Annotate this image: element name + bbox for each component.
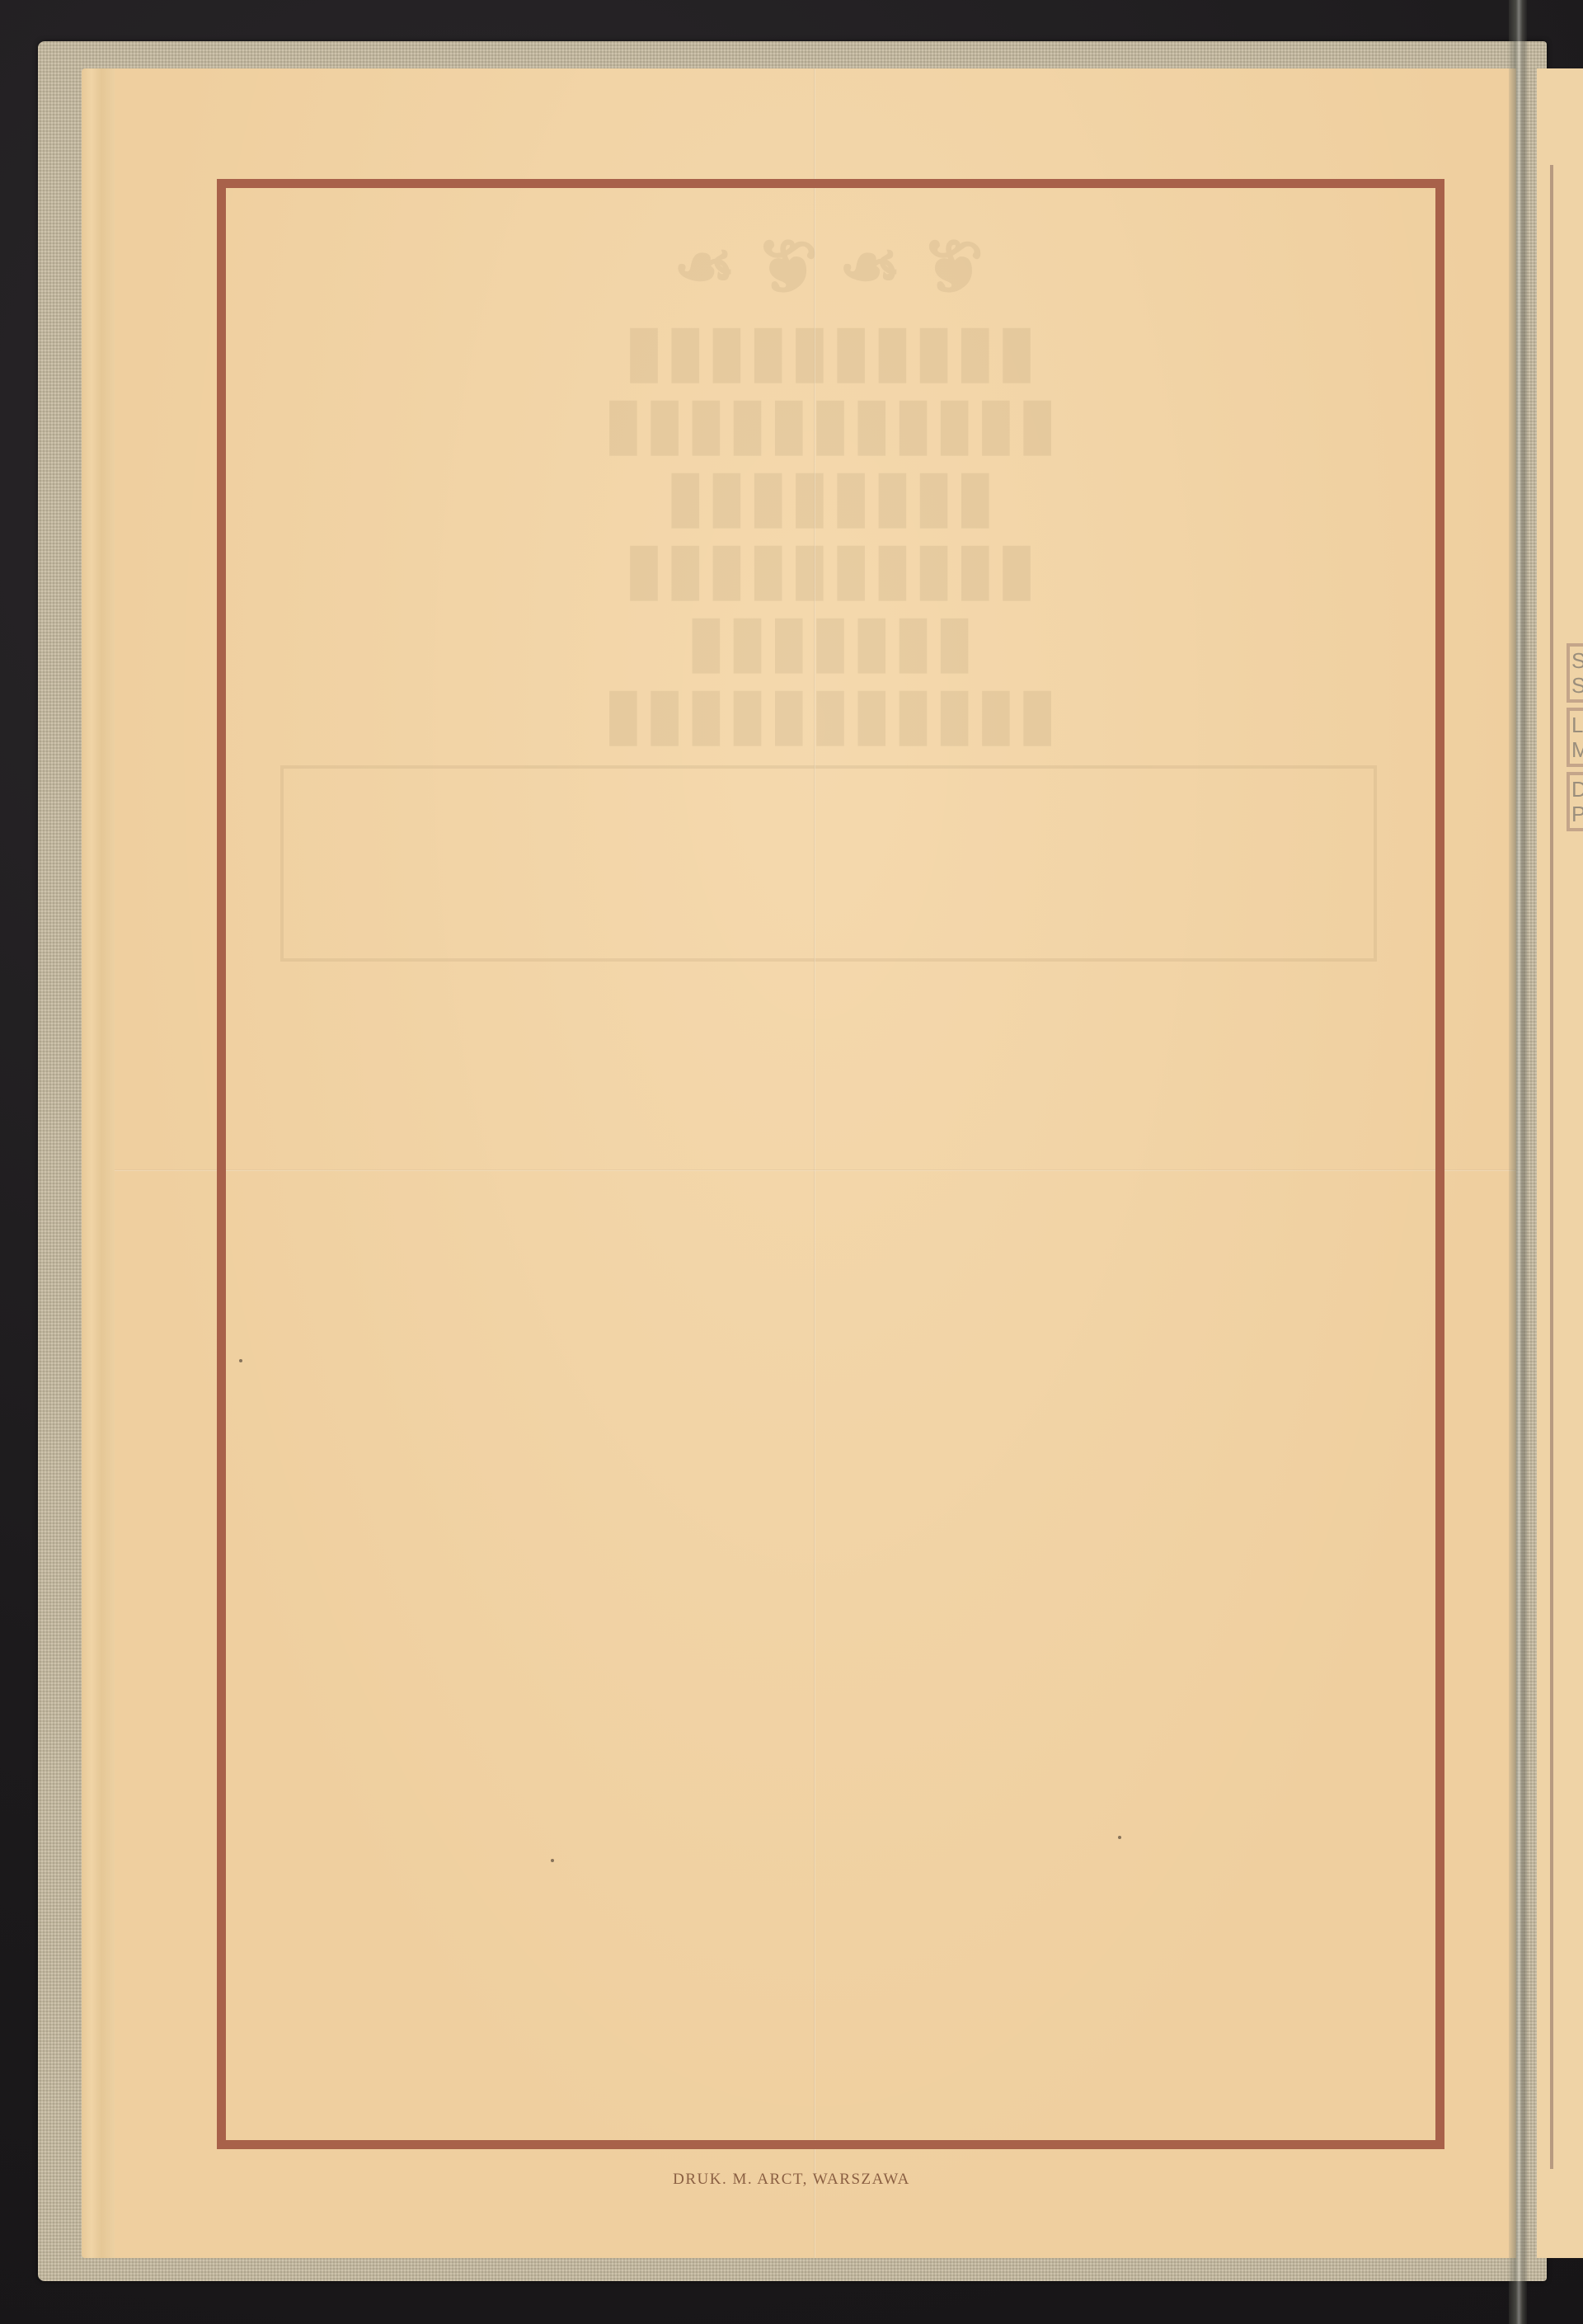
page-stack-edge: [82, 68, 115, 2258]
next-page-label: LOCMIE: [1567, 708, 1583, 767]
transparent-sleeve-edge: [1509, 0, 1527, 2324]
printed-border-frame: [217, 179, 1444, 2149]
next-page-label: SCHOSZKO: [1567, 643, 1583, 703]
paper-speck: [551, 1859, 554, 1862]
next-page-label: DISTPOW: [1567, 772, 1583, 831]
next-page-border: [1550, 165, 1583, 2169]
printer-imprint: DRUK. M. ARCT, WARSZAWA: [0, 2171, 1583, 2189]
paper-speck: [239, 1359, 242, 1362]
next-page-labels: SCHOSZKO LOCMIE DISTPOW: [1567, 643, 1583, 836]
paper-speck: [1118, 1836, 1121, 1839]
